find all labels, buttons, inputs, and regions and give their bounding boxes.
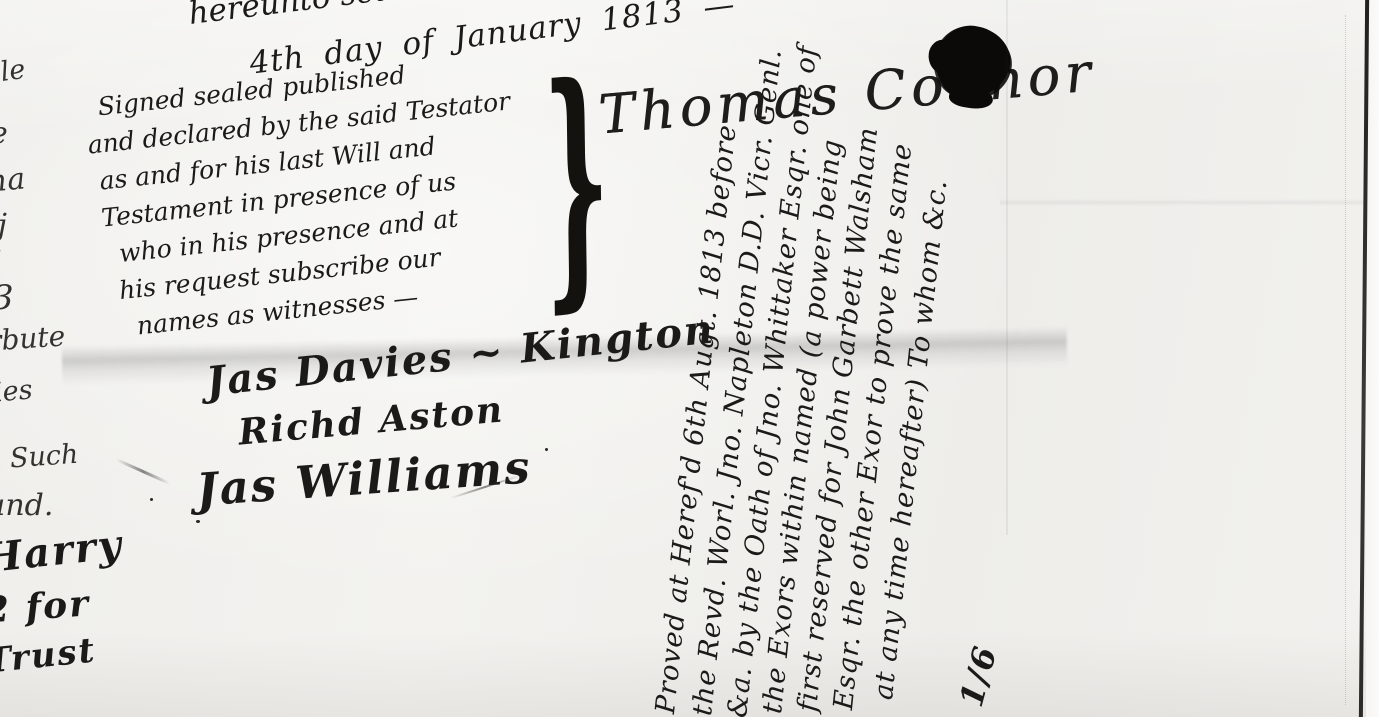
top-line-fragment: hereunto set	[187, 0, 389, 32]
margin-fragment: l	[0, 246, 2, 281]
margin-fragment: rbute	[0, 319, 66, 357]
margin-fragment: ies	[0, 374, 34, 408]
dotted-scan-line	[1345, 15, 1347, 705]
ink-speck	[545, 448, 548, 451]
margin-fragment: n Such	[0, 439, 79, 477]
scanned-will-page: hereunto set 4th day of January 1813 — T…	[0, 0, 1379, 717]
ink-speck	[196, 520, 200, 523]
ink-scratch	[110, 456, 175, 487]
vertical-fold-line	[1006, 0, 1008, 535]
margin-fragment: 2 for	[0, 582, 91, 631]
margin-fragment: und.	[0, 488, 53, 523]
attestation-clause: Signed sealed published and declared by …	[82, 46, 531, 348]
horizontal-crease	[1000, 199, 1365, 206]
margin-fragment: e	[0, 116, 8, 151]
ink-speck	[150, 498, 153, 501]
testator-signature: Thomas Connor	[596, 40, 1098, 146]
margin-fragment: ij	[0, 208, 7, 243]
margin-fragment: ha	[0, 161, 27, 199]
margin-fragment: Harry	[0, 521, 125, 582]
margin-fragment: 3	[0, 278, 14, 318]
margin-fragment: Trust	[0, 630, 98, 681]
margin-fragment: lle	[0, 54, 27, 89]
attestation-brace: }	[542, 28, 612, 337]
probate-fee: 1/6	[952, 641, 1005, 711]
